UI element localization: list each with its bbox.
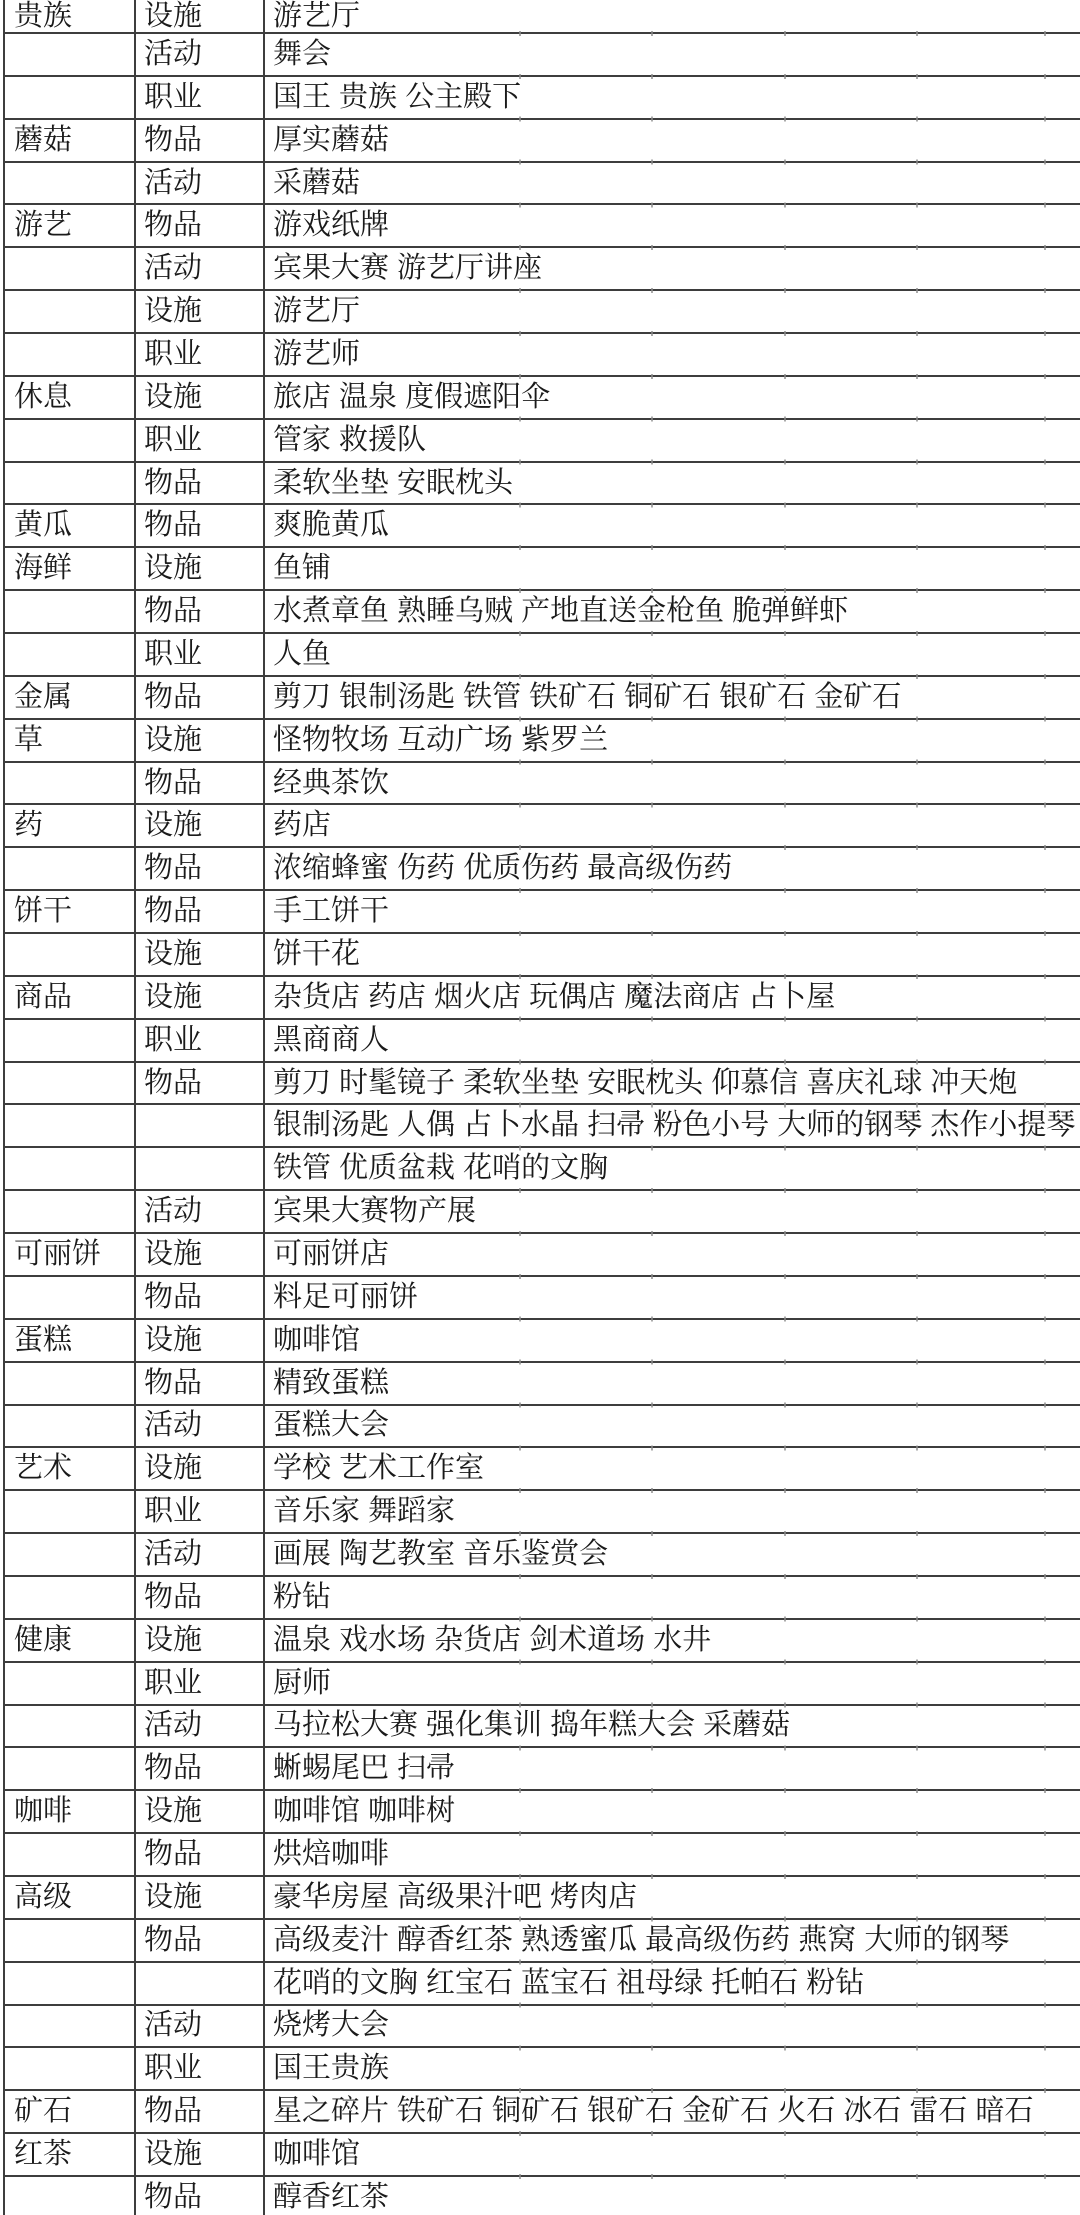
type-cell: 活动	[135, 162, 264, 205]
items-cell: 宾果大赛物产展	[264, 1190, 1080, 1233]
type-cell: 物品	[135, 1747, 264, 1790]
items-cell: 人鱼	[264, 633, 1080, 676]
category-cell	[4, 462, 135, 505]
type-cell: 设施	[135, 1619, 264, 1662]
items-cell: 厚实蘑菇	[264, 119, 1080, 162]
category-table: 贵族 设施 游艺厅 活动 舞会 职业 国王 贵族 公主殿下 蘑菇 物品 厚实蘑菇…	[3, 0, 1080, 2215]
category-cell	[4, 76, 135, 119]
category-cell	[4, 247, 135, 290]
category-cell	[4, 590, 135, 633]
table-row: 游艺 物品 游戏纸牌	[4, 204, 1080, 247]
items-cell: 花哨的文胸 红宝石 蓝宝石 祖母绿 托帕石 粉钻	[264, 1962, 1080, 2005]
type-cell: 物品	[135, 204, 264, 247]
category-cell: 金属	[4, 676, 135, 719]
type-cell: 设施	[135, 976, 264, 1019]
items-cell: 剪刀 时髦镜子 柔软坐垫 安眠枕头 仰慕信 喜庆礼球 冲天炮	[264, 1062, 1080, 1105]
table-row: 高级 设施 豪华房屋 高级果汁吧 烤肉店	[4, 1876, 1080, 1919]
items-cell: 画展 陶艺教室 音乐鉴赏会	[264, 1533, 1080, 1576]
table-body: 贵族 设施 游艺厅 活动 舞会 职业 国王 贵族 公主殿下 蘑菇 物品 厚实蘑菇…	[4, 0, 1080, 2215]
table-row: 职业 黑商商人	[4, 1019, 1080, 1062]
type-cell: 设施	[135, 290, 264, 333]
type-cell: 物品	[135, 847, 264, 890]
items-cell: 管家 救援队	[264, 419, 1080, 462]
table-row: 矿石 物品 星之碎片 铁矿石 铜矿石 银矿石 金矿石 火石 冰石 雷石 暗石	[4, 2090, 1080, 2133]
table-row: 物品 料足可丽饼	[4, 1276, 1080, 1319]
category-cell	[4, 1962, 135, 2005]
table-row: 职业 国王 贵族 公主殿下	[4, 76, 1080, 119]
category-cell	[4, 1919, 135, 1962]
table-row: 物品 蜥蜴尾巴 扫帚	[4, 1747, 1080, 1790]
type-cell: 物品	[135, 504, 264, 547]
type-cell: 物品	[135, 1276, 264, 1319]
category-cell	[4, 633, 135, 676]
items-cell: 剪刀 银制汤匙 铁管 铁矿石 铜矿石 银矿石 金矿石	[264, 676, 1080, 719]
table-row: 蘑菇 物品 厚实蘑菇	[4, 119, 1080, 162]
table-row: 职业 游艺师	[4, 333, 1080, 376]
category-cell	[4, 1104, 135, 1147]
table-row: 职业 国王贵族	[4, 2047, 1080, 2090]
items-cell: 药店	[264, 804, 1080, 847]
category-cell	[4, 162, 135, 205]
items-cell: 马拉松大赛 强化集训 捣年糕大会 采蘑菇	[264, 1705, 1080, 1748]
type-cell: 物品	[135, 1576, 264, 1619]
type-cell: 设施	[135, 1876, 264, 1919]
category-cell	[4, 290, 135, 333]
table-row: 贵族 设施 游艺厅	[4, 0, 1080, 33]
type-cell: 物品	[135, 2090, 264, 2133]
table-row: 物品 浓缩蜂蜜 伤药 优质伤药 最高级伤药	[4, 847, 1080, 890]
items-cell: 宾果大赛 游艺厅讲座	[264, 247, 1080, 290]
category-cell	[4, 847, 135, 890]
items-cell: 旅店 温泉 度假遮阳伞	[264, 376, 1080, 419]
table-row: 铁管 优质盆栽 花哨的文胸	[4, 1147, 1080, 1190]
table-row: 职业 厨师	[4, 1662, 1080, 1705]
items-cell: 音乐家 舞蹈家	[264, 1490, 1080, 1533]
type-cell: 活动	[135, 1190, 264, 1233]
category-cell: 黄瓜	[4, 504, 135, 547]
table-row: 物品 烘焙咖啡	[4, 1833, 1080, 1876]
type-cell: 物品	[135, 676, 264, 719]
table-row: 物品 柔软坐垫 安眠枕头	[4, 462, 1080, 505]
type-cell: 物品	[135, 590, 264, 633]
category-cell: 药	[4, 804, 135, 847]
category-cell	[4, 1019, 135, 1062]
items-cell: 采蘑菇	[264, 162, 1080, 205]
type-cell: 职业	[135, 1662, 264, 1705]
type-cell: 物品	[135, 462, 264, 505]
table-row: 物品 水煮章鱼 熟睡乌贼 产地直送金枪鱼 脆弹鲜虾	[4, 590, 1080, 633]
type-cell: 设施	[135, 719, 264, 762]
table-row: 健康 设施 温泉 戏水场 杂货店 剑术道场 水井	[4, 1619, 1080, 1662]
table-row: 物品 经典茶饮	[4, 762, 1080, 805]
category-cell	[4, 1833, 135, 1876]
table-row: 红茶 设施 咖啡馆	[4, 2133, 1080, 2176]
table-row: 活动 采蘑菇	[4, 162, 1080, 205]
category-cell	[4, 419, 135, 462]
table-row: 活动 舞会	[4, 33, 1080, 76]
items-cell: 豪华房屋 高级果汁吧 烤肉店	[264, 1876, 1080, 1919]
type-cell: 设施	[135, 376, 264, 419]
table-row: 休息 设施 旅店 温泉 度假遮阳伞	[4, 376, 1080, 419]
category-cell	[4, 1276, 135, 1319]
table-row: 设施 游艺厅	[4, 290, 1080, 333]
items-cell: 温泉 戏水场 杂货店 剑术道场 水井	[264, 1619, 1080, 1662]
items-cell: 爽脆黄瓜	[264, 504, 1080, 547]
type-cell: 活动	[135, 33, 264, 76]
items-cell: 高级麦汁 醇香红茶 熟透蜜瓜 最高级伤药 燕窝 大师的钢琴	[264, 1919, 1080, 1962]
page: 贵族 设施 游艺厅 活动 舞会 职业 国王 贵族 公主殿下 蘑菇 物品 厚实蘑菇…	[0, 0, 1080, 2215]
category-cell: 饼干	[4, 890, 135, 933]
category-cell	[4, 1576, 135, 1619]
items-cell: 浓缩蜂蜜 伤药 优质伤药 最高级伤药	[264, 847, 1080, 890]
table-row: 物品 醇香红茶	[4, 2176, 1080, 2215]
type-cell: 职业	[135, 2047, 264, 2090]
table-row: 饼干 物品 手工饼干	[4, 890, 1080, 933]
type-cell: 活动	[135, 247, 264, 290]
category-cell	[4, 1705, 135, 1748]
items-cell: 星之碎片 铁矿石 铜矿石 银矿石 金矿石 火石 冰石 雷石 暗石	[264, 2090, 1080, 2133]
items-cell: 鱼铺	[264, 547, 1080, 590]
type-cell: 职业	[135, 1019, 264, 1062]
type-cell: 设施	[135, 1319, 264, 1362]
category-cell: 蘑菇	[4, 119, 135, 162]
table-row: 海鲜 设施 鱼铺	[4, 547, 1080, 590]
type-cell: 职业	[135, 1490, 264, 1533]
items-cell: 怪物牧场 互动广场 紫罗兰	[264, 719, 1080, 762]
items-cell: 游戏纸牌	[264, 204, 1080, 247]
items-cell: 游艺厅	[264, 290, 1080, 333]
type-cell: 活动	[135, 1705, 264, 1748]
category-cell	[4, 2176, 135, 2215]
table-row: 物品 粉钻	[4, 1576, 1080, 1619]
category-cell	[4, 1062, 135, 1105]
category-cell: 健康	[4, 1619, 135, 1662]
type-cell: 活动	[135, 1533, 264, 1576]
type-cell	[135, 1962, 264, 2005]
table-row: 金属 物品 剪刀 银制汤匙 铁管 铁矿石 铜矿石 银矿石 金矿石	[4, 676, 1080, 719]
items-cell: 咖啡馆	[264, 2133, 1080, 2176]
table-row: 物品 剪刀 时髦镜子 柔软坐垫 安眠枕头 仰慕信 喜庆礼球 冲天炮	[4, 1062, 1080, 1105]
table-row: 蛋糕 设施 咖啡馆	[4, 1319, 1080, 1362]
type-cell: 设施	[135, 0, 264, 33]
type-cell: 设施	[135, 933, 264, 976]
category-cell: 蛋糕	[4, 1319, 135, 1362]
category-cell	[4, 1662, 135, 1705]
table-row: 可丽饼 设施 可丽饼店	[4, 1233, 1080, 1276]
items-cell: 烘焙咖啡	[264, 1833, 1080, 1876]
table-row: 银制汤匙 人偶 占卜水晶 扫帚 粉色小号 大师的钢琴 杰作小提琴	[4, 1104, 1080, 1147]
type-cell: 职业	[135, 419, 264, 462]
items-cell: 舞会	[264, 33, 1080, 76]
category-cell: 休息	[4, 376, 135, 419]
type-cell: 物品	[135, 2176, 264, 2215]
items-cell: 可丽饼店	[264, 1233, 1080, 1276]
category-cell	[4, 33, 135, 76]
category-cell: 贵族	[4, 0, 135, 33]
category-cell	[4, 1747, 135, 1790]
items-cell: 国王 贵族 公主殿下	[264, 76, 1080, 119]
spreadsheet-screenshot: { "colors": { "background": "#ffffff", "…	[0, 0, 1080, 2215]
table-row: 物品 精致蛋糕	[4, 1362, 1080, 1405]
items-cell: 学校 艺术工作室	[264, 1447, 1080, 1490]
category-cell: 游艺	[4, 204, 135, 247]
items-cell: 料足可丽饼	[264, 1276, 1080, 1319]
type-cell: 物品	[135, 1919, 264, 1962]
table-row: 商品 设施 杂货店 药店 烟火店 玩偶店 魔法商店 占卜屋	[4, 976, 1080, 1019]
table-row: 药 设施 药店	[4, 804, 1080, 847]
category-cell: 商品	[4, 976, 135, 1019]
items-cell: 水煮章鱼 熟睡乌贼 产地直送金枪鱼 脆弹鲜虾	[264, 590, 1080, 633]
table-row: 职业 音乐家 舞蹈家	[4, 1490, 1080, 1533]
items-cell: 柔软坐垫 安眠枕头	[264, 462, 1080, 505]
items-cell: 经典茶饮	[264, 762, 1080, 805]
table-row: 活动 画展 陶艺教室 音乐鉴赏会	[4, 1533, 1080, 1576]
items-cell: 黑商商人	[264, 1019, 1080, 1062]
category-cell	[4, 1190, 135, 1233]
items-cell: 游艺师	[264, 333, 1080, 376]
category-cell: 艺术	[4, 1447, 135, 1490]
type-cell: 活动	[135, 2005, 264, 2048]
items-cell: 精致蛋糕	[264, 1362, 1080, 1405]
category-cell: 红茶	[4, 2133, 135, 2176]
type-cell	[135, 1104, 264, 1147]
table-row: 物品 高级麦汁 醇香红茶 熟透蜜瓜 最高级伤药 燕窝 大师的钢琴	[4, 1919, 1080, 1962]
category-cell	[4, 1147, 135, 1190]
category-cell: 海鲜	[4, 547, 135, 590]
type-cell: 物品	[135, 762, 264, 805]
table-row: 活动 宾果大赛物产展	[4, 1190, 1080, 1233]
category-cell	[4, 933, 135, 976]
category-cell: 矿石	[4, 2090, 135, 2133]
table-row: 黄瓜 物品 爽脆黄瓜	[4, 504, 1080, 547]
category-cell: 草	[4, 719, 135, 762]
category-cell	[4, 2005, 135, 2048]
category-cell	[4, 333, 135, 376]
category-cell: 咖啡	[4, 1790, 135, 1833]
items-cell: 游艺厅	[264, 0, 1080, 33]
items-cell: 铁管 优质盆栽 花哨的文胸	[264, 1147, 1080, 1190]
table-row: 活动 宾果大赛 游艺厅讲座	[4, 247, 1080, 290]
type-cell: 设施	[135, 1790, 264, 1833]
category-cell	[4, 1405, 135, 1448]
items-cell: 粉钻	[264, 1576, 1080, 1619]
type-cell: 设施	[135, 1447, 264, 1490]
category-cell	[4, 1533, 135, 1576]
table-row: 草 设施 怪物牧场 互动广场 紫罗兰	[4, 719, 1080, 762]
items-cell: 蜥蜴尾巴 扫帚	[264, 1747, 1080, 1790]
type-cell: 设施	[135, 2133, 264, 2176]
type-cell: 设施	[135, 1233, 264, 1276]
type-cell: 物品	[135, 1362, 264, 1405]
table-row: 职业 人鱼	[4, 633, 1080, 676]
table-row: 花哨的文胸 红宝石 蓝宝石 祖母绿 托帕石 粉钻	[4, 1962, 1080, 2005]
items-cell: 银制汤匙 人偶 占卜水晶 扫帚 粉色小号 大师的钢琴 杰作小提琴	[264, 1104, 1080, 1147]
type-cell: 职业	[135, 76, 264, 119]
items-cell: 手工饼干	[264, 890, 1080, 933]
table-row: 活动 蛋糕大会	[4, 1405, 1080, 1448]
items-cell: 蛋糕大会	[264, 1405, 1080, 1448]
type-cell: 设施	[135, 804, 264, 847]
table-row: 活动 马拉松大赛 强化集训 捣年糕大会 采蘑菇	[4, 1705, 1080, 1748]
category-cell: 高级	[4, 1876, 135, 1919]
type-cell: 活动	[135, 1405, 264, 1448]
category-cell	[4, 2047, 135, 2090]
items-cell: 咖啡馆 咖啡树	[264, 1790, 1080, 1833]
category-cell	[4, 762, 135, 805]
type-cell: 物品	[135, 1062, 264, 1105]
table-row: 设施 饼干花	[4, 933, 1080, 976]
category-cell	[4, 1490, 135, 1533]
table-row: 咖啡 设施 咖啡馆 咖啡树	[4, 1790, 1080, 1833]
items-cell: 咖啡馆	[264, 1319, 1080, 1362]
type-cell: 设施	[135, 547, 264, 590]
items-cell: 烧烤大会	[264, 2005, 1080, 2048]
type-cell	[135, 1147, 264, 1190]
category-cell	[4, 1362, 135, 1405]
items-cell: 厨师	[264, 1662, 1080, 1705]
type-cell: 职业	[135, 633, 264, 676]
items-cell: 醇香红茶	[264, 2176, 1080, 2215]
items-cell: 杂货店 药店 烟火店 玩偶店 魔法商店 占卜屋	[264, 976, 1080, 1019]
type-cell: 物品	[135, 890, 264, 933]
category-cell: 可丽饼	[4, 1233, 135, 1276]
items-cell: 国王贵族	[264, 2047, 1080, 2090]
table-row: 职业 管家 救援队	[4, 419, 1080, 462]
items-cell: 饼干花	[264, 933, 1080, 976]
type-cell: 物品	[135, 119, 264, 162]
type-cell: 物品	[135, 1833, 264, 1876]
table-row: 艺术 设施 学校 艺术工作室	[4, 1447, 1080, 1490]
type-cell: 职业	[135, 333, 264, 376]
table-row: 活动 烧烤大会	[4, 2005, 1080, 2048]
